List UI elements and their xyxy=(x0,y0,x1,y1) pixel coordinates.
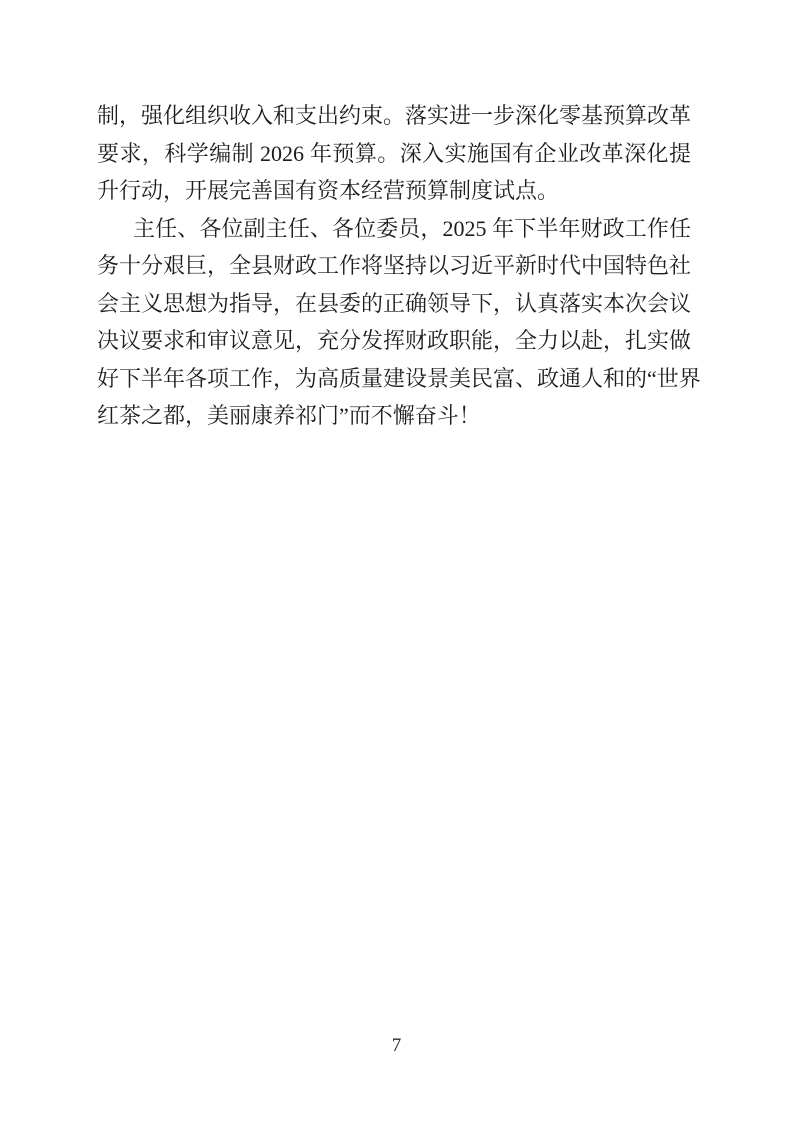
document-body: 制，强化组织收入和支出约束。落实进一步深化零基预算改革 要求，科学编制 2026… xyxy=(97,97,691,435)
text-line: 会主义思想为指导，在县委的正确领导下，认真落实本次会议 xyxy=(97,285,691,323)
page-number: 7 xyxy=(0,1034,793,1058)
paragraph-budget-reform: 制，强化组织收入和支出约束。落实进一步深化零基预算改革 要求，科学编制 2026… xyxy=(97,97,691,210)
text-line: 要求，科学编制 2026 年预算。深入实施国有企业改革深化提 xyxy=(97,135,691,173)
text-line: 红茶之都，美丽康养祁门”而不懈奋斗！ xyxy=(97,397,691,435)
text-line: 务十分艰巨，全县财政工作将坚持以习近平新时代中国特色社 xyxy=(97,247,691,285)
text-line: 升行动，开展完善国有资本经营预算制度试点。 xyxy=(97,172,691,210)
text-line: 好下半年各项工作，为高质量建设景美民富、政通人和的“世界 xyxy=(97,360,691,398)
paragraph-closing-remarks: 主任、各位副主任、各位委员，2025 年下半年财政工作任 务十分艰巨，全县财政工… xyxy=(97,210,691,435)
document-page: 制，强化组织收入和支出约束。落实进一步深化零基预算改革 要求，科学编制 2026… xyxy=(0,0,793,1122)
text-line: 制，强化组织收入和支出约束。落实进一步深化零基预算改革 xyxy=(97,97,691,135)
text-line: 主任、各位副主任、各位委员，2025 年下半年财政工作任 xyxy=(97,210,691,248)
text-line: 决议要求和审议意见，充分发挥财政职能，全力以赴，扎实做 xyxy=(97,322,691,360)
